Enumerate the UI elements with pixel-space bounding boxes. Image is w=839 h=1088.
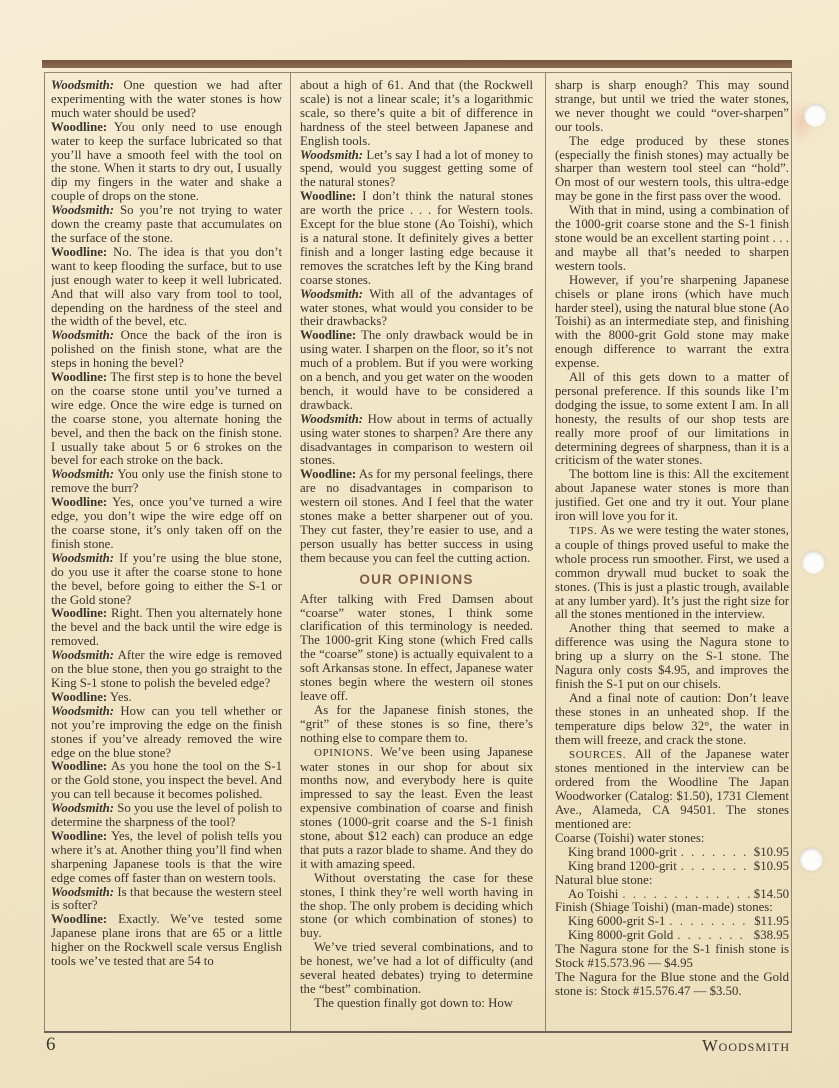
body-paragraph: The bottom line is this: All the excitem… bbox=[555, 468, 789, 524]
run-in-heading: TIPS. bbox=[569, 525, 597, 537]
text-column-1: Woodsmith: One question we had after exp… bbox=[51, 79, 282, 1029]
body-paragraph: Another thing that seemed to make a diff… bbox=[555, 622, 789, 692]
magazine-page: Woodsmith: One question we had after exp… bbox=[0, 0, 839, 1088]
column-border-right bbox=[791, 73, 792, 1031]
qa-paragraph: Woodsmith: With all of the advantages of… bbox=[300, 288, 533, 330]
speaker-label: Woodsmith: bbox=[51, 79, 114, 92]
punch-hole-middle bbox=[802, 551, 825, 574]
price-category-label: Coarse (Toishi) water stones: bbox=[555, 832, 789, 846]
qa-paragraph: Woodsmith: You only use the finish stone… bbox=[51, 468, 282, 496]
price-item-name: King brand 1000-grit bbox=[568, 846, 677, 860]
speaker-label: Woodsmith: bbox=[51, 551, 114, 565]
qa-paragraph: Woodsmith: So you use the level of polis… bbox=[51, 802, 282, 830]
qa-paragraph: Woodline: Yes, once you’ve turned a wire… bbox=[51, 496, 282, 552]
qa-paragraph: Woodline: Yes. bbox=[51, 691, 282, 705]
speaker-label: Woodline: bbox=[51, 606, 107, 620]
footer-page-number: 6 bbox=[46, 1034, 56, 1056]
speaker-label: Woodsmith: bbox=[300, 412, 363, 426]
qa-paragraph: Woodsmith: How can you tell whether or n… bbox=[51, 705, 282, 761]
qa-paragraph: Woodline: Exactly. We’ve tested some Jap… bbox=[51, 913, 282, 969]
body-paragraph: The Nagura for the Blue stone and the Go… bbox=[555, 971, 789, 999]
punch-hole-bottom bbox=[800, 848, 823, 871]
section-heading: OUR OPINIONS bbox=[300, 573, 533, 587]
body-paragraph: The Nagura stone for the S-1 finish ston… bbox=[555, 943, 789, 971]
body-paragraph: As for the Japanese finish stones, the “… bbox=[300, 704, 533, 746]
price-item-name: King 6000-grit S-1 bbox=[568, 915, 665, 929]
price-item-name: King 8000-grit Gold bbox=[568, 929, 673, 943]
speaker-label: Woodline: bbox=[51, 690, 107, 704]
speaker-label: Woodsmith: bbox=[300, 148, 363, 162]
price-row: Ao Toishi$14.50 bbox=[555, 888, 789, 902]
speaker-label: Woodline: bbox=[300, 189, 356, 203]
qa-paragraph: Woodsmith: Is that because the western s… bbox=[51, 886, 282, 914]
body-paragraph: However, if you’re sharpening Japanese c… bbox=[555, 274, 789, 371]
speaker-label: Woodsmith: bbox=[51, 801, 114, 815]
run-in-heading: SOURCES. bbox=[569, 749, 626, 761]
masthead-bar bbox=[42, 60, 792, 68]
body-paragraph: With that in mind, using a combination o… bbox=[555, 204, 789, 274]
speaker-label: Woodline: bbox=[51, 829, 107, 843]
qa-paragraph: Woodline: You only need to use enough wa… bbox=[51, 121, 282, 204]
column-divider-2 bbox=[545, 73, 546, 1031]
price-row: King 6000-grit S-1$11.95 bbox=[555, 915, 789, 929]
speaker-label: Woodsmith: bbox=[51, 467, 114, 481]
body-paragraph: OPINIONS. We’ve been using Japanese wate… bbox=[300, 746, 533, 872]
speaker-label: Woodsmith: bbox=[51, 328, 114, 342]
body-paragraph: SOURCES. All of the Japanese water stone… bbox=[555, 748, 789, 832]
speaker-label: Woodline: bbox=[51, 912, 107, 926]
price-item-name: Ao Toishi bbox=[568, 888, 618, 902]
text-column-3: sharp is sharp enough? This may sound st… bbox=[555, 79, 789, 1029]
punch-hole-top bbox=[804, 104, 827, 127]
footer-magazine-title: Woodsmith bbox=[702, 1036, 790, 1056]
price-item-name: King brand 1200-grit bbox=[568, 860, 677, 874]
speaker-label: Woodsmith: bbox=[51, 885, 114, 899]
qa-paragraph: Woodline: As for my personal feelings, t… bbox=[300, 468, 533, 565]
price-row: King brand 1000-grit$10.95 bbox=[555, 846, 789, 860]
speaker-label: Woodline: bbox=[300, 328, 356, 342]
speaker-label: Woodline: bbox=[51, 370, 107, 384]
price-row: King brand 1200-grit$10.95 bbox=[555, 860, 789, 874]
qa-paragraph: Woodline: The first step is to hone the … bbox=[51, 371, 282, 468]
speaker-label: Woodline: bbox=[300, 467, 356, 481]
qa-paragraph: Woodline: The only drawback would be in … bbox=[300, 329, 533, 412]
dot-leader bbox=[677, 929, 750, 943]
body-paragraph: And a final note of caution: Don’t leave… bbox=[555, 692, 789, 748]
column-border-left bbox=[44, 73, 45, 1031]
qa-paragraph: Woodsmith: How about in terms of actuall… bbox=[300, 413, 533, 469]
dot-leader bbox=[622, 888, 749, 902]
qa-paragraph: Woodsmith: So you’re not trying to water… bbox=[51, 204, 282, 246]
qa-paragraph: Woodline: Yes, the level of polish tells… bbox=[51, 830, 282, 886]
price-value: $38.95 bbox=[754, 929, 789, 943]
qa-paragraph: Woodline: I don’t think the natural ston… bbox=[300, 190, 533, 287]
speaker-label: Woodsmith: bbox=[51, 648, 114, 662]
speaker-label: Woodline: bbox=[51, 245, 107, 259]
qa-paragraph: Woodline: Right. Then you alternately ho… bbox=[51, 607, 282, 649]
body-paragraph: TIPS. As we were testing the water stone… bbox=[555, 524, 789, 622]
speaker-label: Woodsmith: bbox=[300, 287, 363, 301]
qa-paragraph: Woodsmith: Let’s say I had a lot of mone… bbox=[300, 149, 533, 191]
price-value: $10.95 bbox=[754, 860, 789, 874]
dot-leader bbox=[681, 860, 750, 874]
speaker-label: Woodsmith: bbox=[51, 704, 114, 718]
price-value: $14.50 bbox=[754, 888, 789, 902]
price-category-label: Natural blue stone: bbox=[555, 874, 789, 888]
qa-paragraph: Woodsmith: One question we had after exp… bbox=[51, 79, 282, 121]
run-in-heading: OPINIONS. bbox=[314, 747, 374, 759]
body-paragraph: sharp is sharp enough? This may sound st… bbox=[555, 79, 789, 135]
body-paragraph: The question finally got down to: How bbox=[300, 997, 533, 1011]
qa-paragraph: Woodsmith: If you’re using the blue ston… bbox=[51, 552, 282, 608]
body-paragraph: All of this gets down to a matter of per… bbox=[555, 371, 789, 468]
qa-paragraph: Woodsmith: After the wire edge is remove… bbox=[51, 649, 282, 691]
price-value: $10.95 bbox=[754, 846, 789, 860]
body-paragraph: We’ve tried several combinations, and to… bbox=[300, 941, 533, 997]
body-paragraph: Without overstating the case for these s… bbox=[300, 872, 533, 942]
body-paragraph: The edge produced by these stones (espec… bbox=[555, 135, 789, 205]
body-paragraph: After talking with Fred Damsen about “co… bbox=[300, 593, 533, 704]
speaker-label: Woodline: bbox=[51, 495, 107, 509]
qa-paragraph: Woodline: As you hone the tool on the S-… bbox=[51, 760, 282, 802]
column-divider-1 bbox=[290, 73, 291, 1031]
speaker-label: Woodsmith: bbox=[51, 203, 114, 217]
text-column-2: about a high of 61. And that (the Rockwe… bbox=[300, 79, 533, 1029]
dot-leader bbox=[681, 846, 750, 860]
dot-leader bbox=[669, 915, 750, 929]
footer-rule bbox=[44, 1031, 792, 1033]
price-value: $11.95 bbox=[754, 915, 789, 929]
body-paragraph: about a high of 61. And that (the Rockwe… bbox=[300, 79, 533, 149]
qa-paragraph: Woodline: No. The idea is that you don’t… bbox=[51, 246, 282, 329]
qa-paragraph: Woodsmith: Once the back of the iron is … bbox=[51, 329, 282, 371]
speaker-label: Woodline: bbox=[51, 759, 107, 773]
top-rule bbox=[44, 72, 792, 73]
price-category-label: Finish (Shiage Toishi) (man-made) stones… bbox=[555, 901, 789, 915]
speaker-label: Woodline: bbox=[51, 120, 107, 134]
price-row: King 8000-grit Gold$38.95 bbox=[555, 929, 789, 943]
